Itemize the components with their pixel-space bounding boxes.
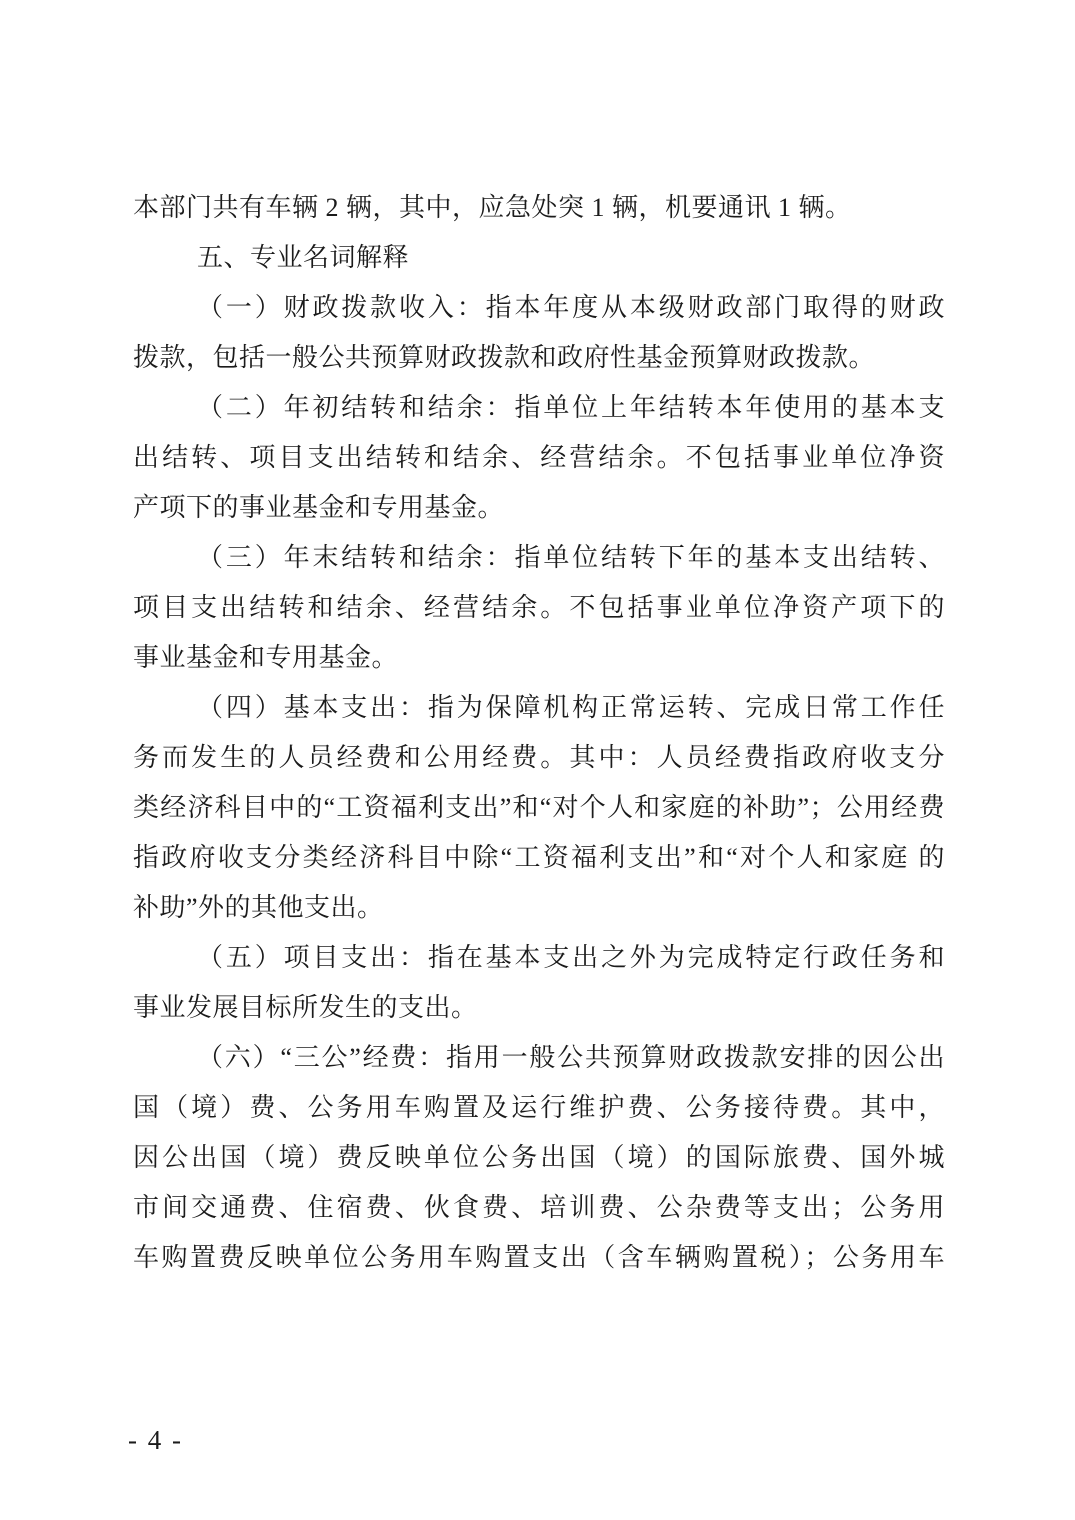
- text-line: （四）基本支出：指为保障机构正常运转、完成日常工作任: [133, 683, 945, 733]
- text-line: （五）项目支出：指在基本支出之外为完成特定行政任务和: [133, 933, 945, 983]
- body-text-block: 本部门共有车辆 2 辆，其中，应急处突 1 辆，机要通讯 1 辆。五、专业名词解…: [133, 183, 945, 1283]
- text-line: 因公出国（境）费反映单位公务出国（境）的国际旅费、国外城: [133, 1133, 945, 1183]
- text-line: 出结转、项目支出结转和结余、经营结余。不包括事业单位净资: [133, 433, 945, 483]
- text-line: 事业基金和专用基金。: [133, 633, 945, 683]
- text-line: 务而发生的人员经费和公用经费。其中：人员经费指政府收支分: [133, 733, 945, 783]
- text-line: 国（境）费、公务用车购置及运行维护费、公务接待费。其中，: [133, 1083, 945, 1133]
- text-line: （六）“三公”经费：指用一般公共预算财政拨款安排的因公出: [133, 1033, 945, 1083]
- text-line: 类经济科目中的“工资福利支出”和“对个人和家庭的补助”；公用经费: [133, 783, 945, 833]
- text-line: 事业发展目标所发生的支出。: [133, 983, 945, 1033]
- text-line: 五、专业名词解释: [133, 233, 945, 283]
- text-line: 车购置费反映单位公务用车购置支出（含车辆购置税）；公务用车: [133, 1233, 945, 1283]
- text-line: 市间交通费、住宿费、伙食费、培训费、公杂费等支出；公务用: [133, 1183, 945, 1233]
- text-line: （二）年初结转和结余：指单位上年结转本年使用的基本支: [133, 383, 945, 433]
- document-page: 本部门共有车辆 2 辆，其中，应急处突 1 辆，机要通讯 1 辆。五、专业名词解…: [0, 0, 1075, 1520]
- text-line: 补助”外的其他支出。: [133, 883, 945, 933]
- page-number: - 4 -: [128, 1422, 183, 1458]
- text-line: 本部门共有车辆 2 辆，其中，应急处突 1 辆，机要通讯 1 辆。: [133, 183, 945, 233]
- text-line: 指政府收支分类经济科目中除“工资福利支出”和“对个人和家庭 的: [133, 833, 945, 883]
- text-line: 产项下的事业基金和专用基金。: [133, 483, 945, 533]
- text-line: （一）财政拨款收入：指本年度从本级财政部门取得的财政: [133, 283, 945, 333]
- text-line: （三）年末结转和结余：指单位结转下年的基本支出结转、: [133, 533, 945, 583]
- text-line: 拨款，包括一般公共预算财政拨款和政府性基金预算财政拨款。: [133, 333, 945, 383]
- text-line: 项目支出结转和结余、经营结余。不包括事业单位净资产项下的: [133, 583, 945, 633]
